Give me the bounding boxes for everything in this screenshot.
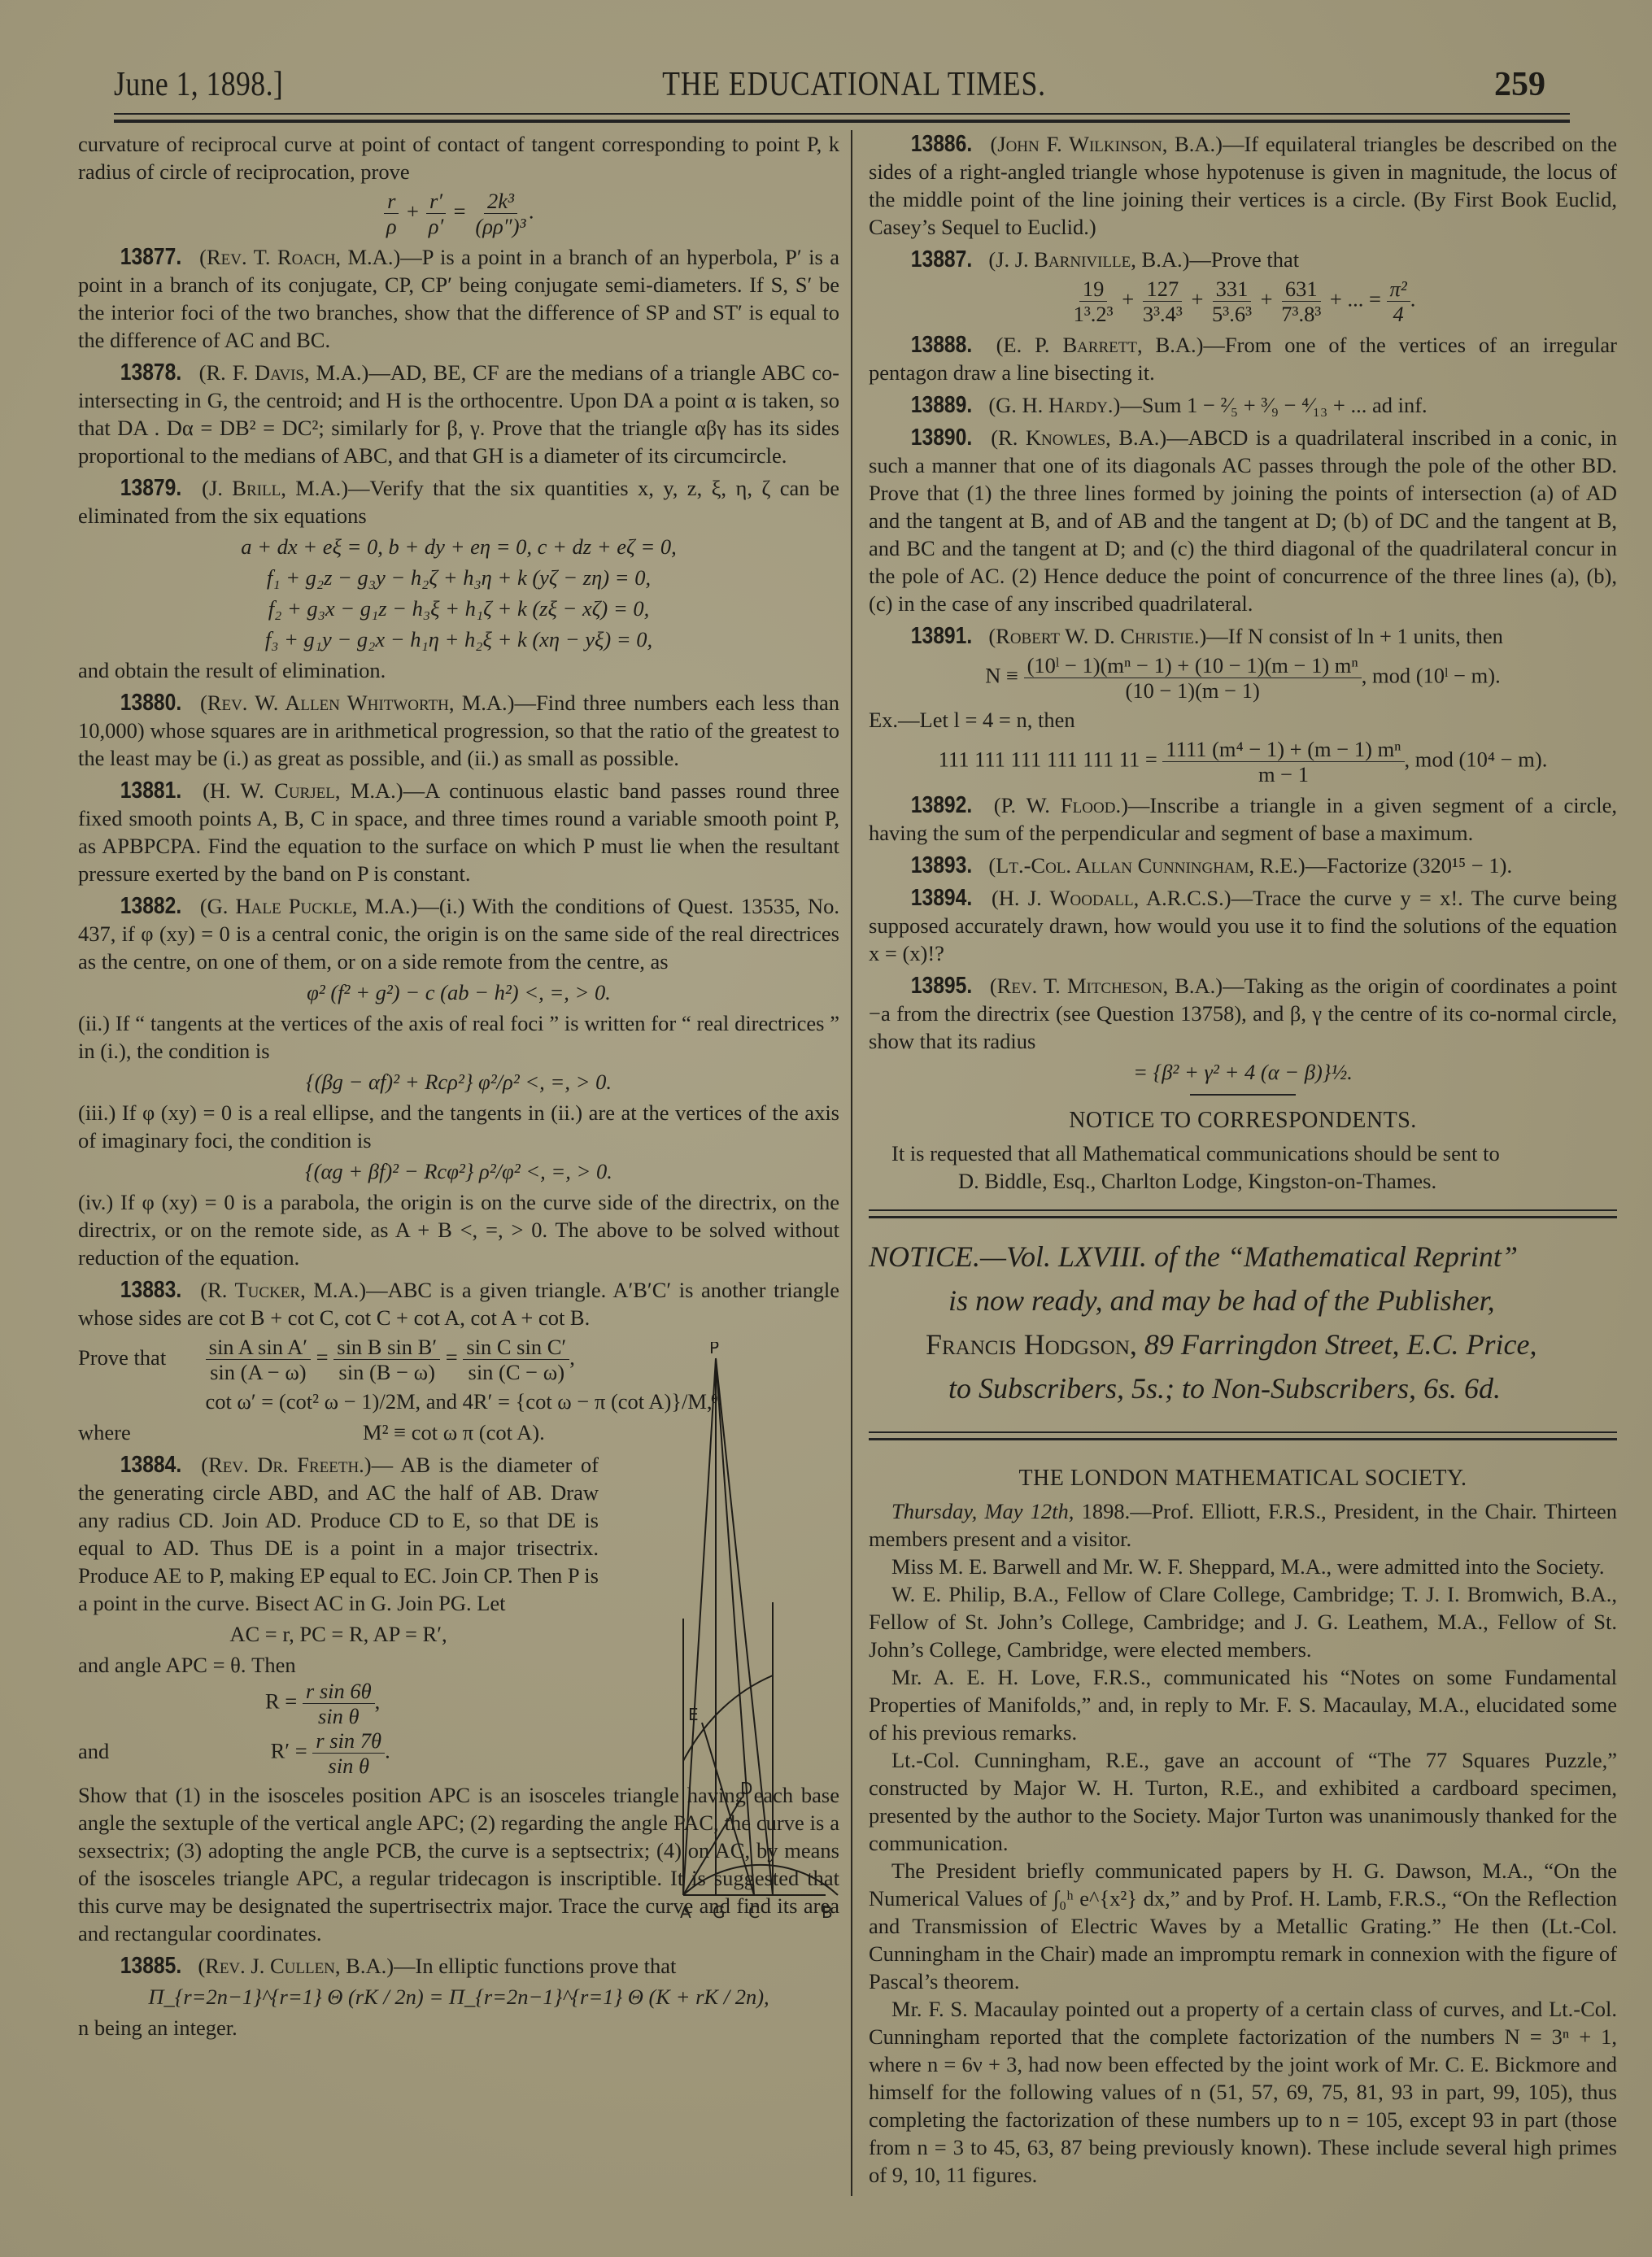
section-rule <box>869 1431 1617 1433</box>
notice-line: is now ready, and may be had of the Publ… <box>869 1279 1617 1322</box>
right-column: 13886. (John F. Wilkinson, B.A.)—If equi… <box>869 130 1617 2189</box>
question-13885: 13885. (Rev. J. Cullen, B.A.)—In ellipti… <box>78 1952 839 1980</box>
svg-text:A: A <box>680 1902 691 1922</box>
society-paragraph: W. E. Philip, B.A., Fellow of Clare Coll… <box>869 1580 1617 1663</box>
question-13888: 13888. (E. P. Barrett, B.A.)—From one of… <box>869 331 1617 386</box>
equation: = {β² + γ² + 4 (α − β)}½. <box>869 1058 1617 1086</box>
svg-text:C: C <box>748 1902 760 1922</box>
question-13892: 13892. (P. W. Flood.)—Inscribe a triangl… <box>869 791 1617 847</box>
page-header: June 1, 1898.] THE EDUCATIONAL TIMES. 25… <box>114 65 1570 114</box>
notice-line: to Subscribers, 5s.; to Non-Subscribers,… <box>869 1366 1617 1410</box>
question-13891: 13891. (Robert W. D. Christie.)—If N con… <box>869 622 1617 650</box>
question-13877: 13877. (Rev. T. Roach, M.A.)—P is a poin… <box>78 243 839 354</box>
question-text: (iv.) If φ (xy) = 0 is a parabola, the o… <box>78 1188 839 1271</box>
question-13887: 13887. (J. J. Barniville, B.A.)—Prove th… <box>869 246 1617 273</box>
society-paragraph: The President briefly communicated paper… <box>869 1857 1617 1995</box>
equation: f₁ + g₂z − g₃y − h₂ζ + h₃η + k (yζ − zη)… <box>78 564 839 591</box>
section-divider <box>1190 1094 1296 1096</box>
question-13889: 13889. (G. H. Hardy.)—Sum 1 − ²⁄₅ + ³⁄₉ … <box>869 391 1617 419</box>
question-text: n being an integer. <box>78 2014 839 2041</box>
label-P: P <box>709 1342 719 1357</box>
question-13883: 13883. (R. Tucker, M.A.)—ABC is a given … <box>78 1276 839 1331</box>
equation: f₂ + g₃x − g₁z − h₃ξ + h₁ζ + k (zξ − xζ)… <box>78 595 839 622</box>
question-text: and angle APC = θ. Then <box>78 1651 599 1679</box>
equation-r: R = r sin 6θsin θ, <box>78 1679 599 1728</box>
notice-line: NOTICE.—Vol. LXVIII. of the “Mathematica… <box>869 1240 1518 1273</box>
society-paragraph: Miss M. E. Barwell and Mr. W. F. Sheppar… <box>869 1553 1617 1580</box>
continuation-equation: rρ + r′ρ′ = 2k³(ρρ″)³. <box>78 189 839 238</box>
equation: Π_{r=2n−1}^{r=1} Θ (rK / 2n) = Π_{r=2n−1… <box>78 1983 839 2011</box>
question-13882: 13882. (G. Hale Puckle, M.A.)—(i.) With … <box>78 892 839 975</box>
question-13893: 13893. (Lt.-Col. Allan Cunningham, R.E.)… <box>869 852 1617 879</box>
question-13880: 13880. (Rev. W. Allen Whitworth, M.A.)—F… <box>78 689 839 772</box>
svg-text:E: E <box>688 1705 699 1724</box>
section-rule <box>869 1209 1617 1211</box>
question-13886: 13886. (John F. Wilkinson, B.A.)—If equi… <box>869 130 1617 241</box>
question-13879: 13879. (J. Brill, M.A.)—Verify that the … <box>78 474 839 529</box>
question-text: (iii.) If φ (xy) = 0 is a real ellipse, … <box>78 1099 839 1154</box>
supertrisectrix-diagram: P θ E D A G C B <box>651 1342 854 1928</box>
society-paragraph: Mr. F. S. Macaulay pointed out a propert… <box>869 1995 1617 2189</box>
equation: {(αg + βf)² − Rcφ²} ρ²/φ² <, =, > 0. <box>78 1157 839 1185</box>
question-13878: 13878. (R. F. Davis, M.A.)—AD, BE, CF ar… <box>78 359 839 469</box>
notice-line: Francis Hodgson, 89 Farringdon Street, E… <box>869 1322 1617 1366</box>
page-number: 259 <box>1494 65 1545 104</box>
publication-title: THE EDUCATIONAL TIMES. <box>516 65 1193 104</box>
section-rule-thick <box>869 1438 1617 1440</box>
notice-correspondents-title: NOTICE TO CORRESPONDENTS. <box>869 1107 1617 1135</box>
continuation-text: curvature of reciprocal curve at point o… <box>78 130 839 185</box>
question-13895: 13895. (Rev. T. Mitcheson, B.A.)—Taking … <box>869 972 1617 1055</box>
header-rule <box>114 113 1570 115</box>
question-13884: 13884. (Rev. Dr. Freeth.)— AB is the dia… <box>78 1451 599 1617</box>
society-paragraph: Lt.-Col. Cunningham, R.E., gave an accou… <box>869 1746 1617 1857</box>
series-equation: 191³.2³ + 1273³.4³ + 3315³.6³ + 6317³.8³… <box>869 277 1617 326</box>
question-13881: 13881. (H. W. Curjel, M.A.)—A continuous… <box>78 777 839 887</box>
reprint-notice: NOTICE.—Vol. LXVIII. of the “Mathematica… <box>869 1235 1617 1410</box>
issue-date: June 1, 1898.] <box>114 65 283 104</box>
question-text: (ii.) If “ tangents at the vertices of t… <box>78 1009 839 1065</box>
equation: φ² (f² + g²) − c (ab − h²) <, =, > 0. <box>78 978 839 1006</box>
notice-correspondents-text: It is requested that all Mathematical co… <box>869 1139 1617 1167</box>
notice-address: D. Biddle, Esq., Charlton Lodge, Kingsto… <box>869 1167 1617 1195</box>
question-13894: 13894. (H. J. Woodall, A.R.C.S.)—Trace t… <box>869 884 1617 967</box>
society-title: THE LONDON MATHEMATICAL SOCIETY. <box>869 1465 1617 1492</box>
equation: a + dx + eξ = 0, b + dy + eη = 0, c + dz… <box>78 533 839 560</box>
header-rule-thick <box>114 120 1570 123</box>
equation: AC = r, PC = R, AP = R′, <box>78 1620 599 1648</box>
svg-text:G: G <box>713 1902 726 1922</box>
society-paragraph: Mr. A. E. H. Love, F.R.S., communicated … <box>869 1663 1617 1746</box>
example-line: Ex.—Let l = 4 = n, then <box>869 706 1617 734</box>
equation-r-prime: and R′ = r sin 7θsin θ. <box>78 1728 599 1778</box>
question-13890: 13890. (R. Knowles, B.A.)—ABCD is a quad… <box>869 424 1617 617</box>
section-rule-thick <box>869 1216 1617 1218</box>
example-equation: 111 111 111 111 111 11 = 1111 (m⁴ − 1) +… <box>869 737 1617 786</box>
svg-text:D: D <box>740 1779 752 1798</box>
congruence-equation: N ≡ (10ˡ − 1)(mⁿ − 1) + (10 − 1)(m − 1) … <box>869 653 1617 703</box>
equation: {(βg − αf)² + Rcρ²} φ²/ρ² <, =, > 0. <box>78 1068 839 1096</box>
question-text: and obtain the result of elimination. <box>78 656 839 684</box>
svg-text:B: B <box>822 1902 833 1922</box>
svg-text:θ: θ <box>711 1393 718 1406</box>
society-paragraph: Thursday, May 12th, 1898.—Prof. Elliott,… <box>869 1497 1617 1553</box>
equation: f₃ + g₁y − g₂x − h₁η + h₂ξ + k (xη − yξ)… <box>78 625 839 653</box>
